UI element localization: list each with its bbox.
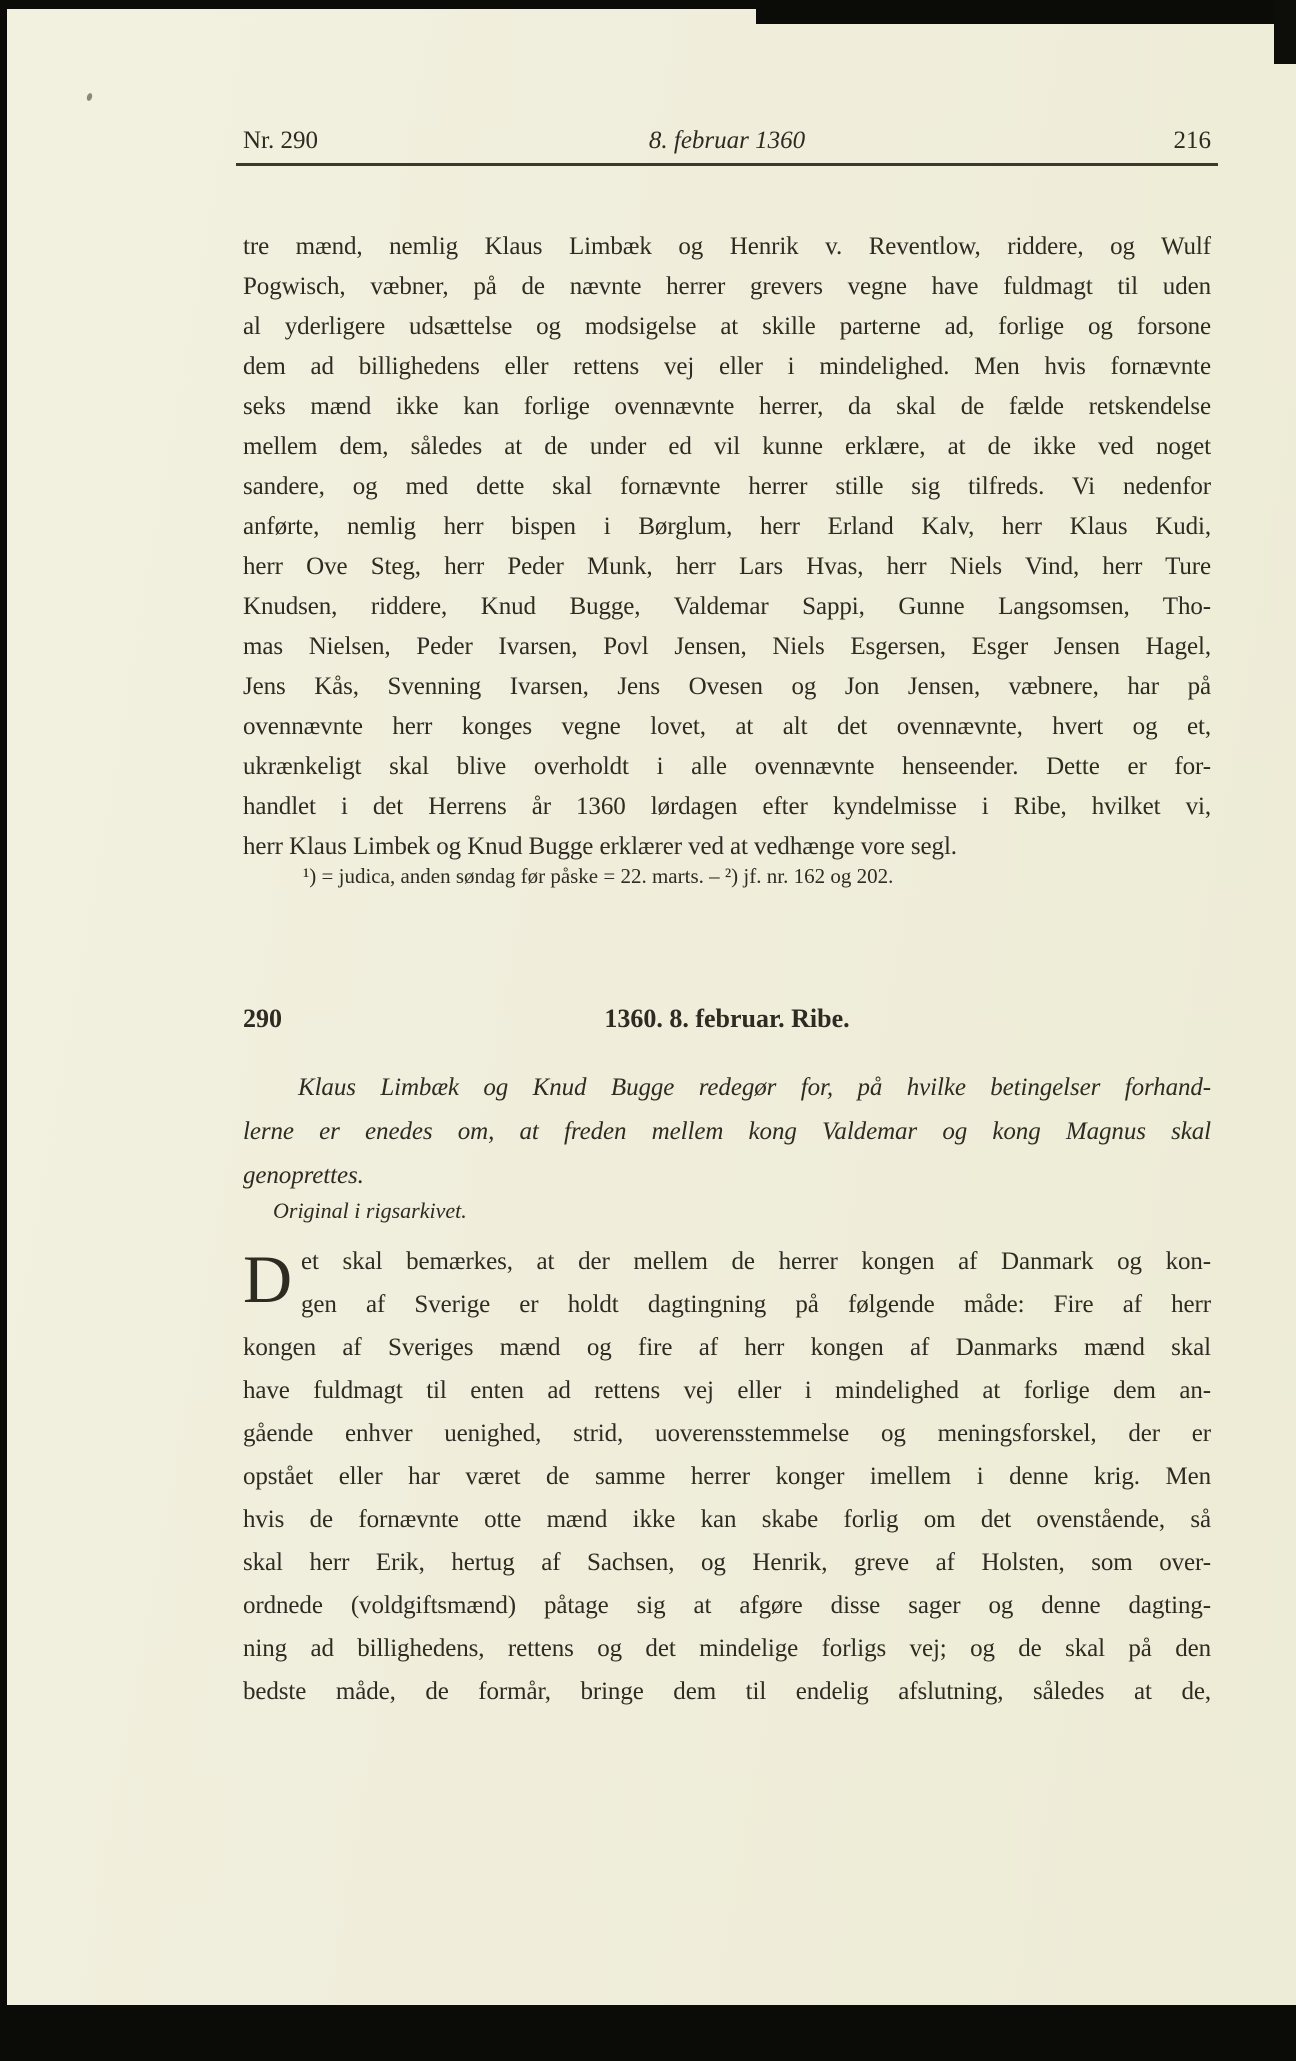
entry-number: 290 [243, 1002, 282, 1036]
text-line: mas Nielsen, Peder Ivarsen, Povl Jensen,… [243, 627, 1211, 667]
scan-border-bottom [0, 2005, 1296, 2061]
scan-border-corner [1274, 0, 1296, 64]
scan-border-top-right [756, 0, 1296, 24]
text-line: lerne er enedes om, at freden mellem kon… [243, 1110, 1211, 1154]
entry-summary: Klaus Limbæk og Knud Bugge redegør for, … [243, 1066, 1211, 1198]
text-line: genoprettes. [243, 1154, 1211, 1198]
header-running-date: 8. februar 1360 [649, 126, 805, 156]
text-line: herr Ove Steg, herr Peder Munk, herr Lar… [243, 547, 1211, 587]
scanned-book-page: Nr. 290 8. februar 1360 216 tre mænd, ne… [0, 0, 1296, 2061]
text-line: seks mænd ikke kan forlige ovennævnte he… [243, 387, 1211, 427]
source-note: Original i rigsarkivet. [243, 1196, 1211, 1226]
text-line: handlet i det Herrens år 1360 lørdagen e… [243, 787, 1211, 827]
text-line: ukrænkeligt skal blive overholdt i alle … [243, 747, 1211, 787]
text-line: Pogwisch, væbner, på de nævnte herrer gr… [243, 267, 1211, 307]
text-line: kongen af Sveriges mænd og fire af herr … [243, 1326, 1211, 1369]
entry-continuation-paragraph: tre mænd, nemlig Klaus Limbæk og Henrik … [243, 227, 1211, 867]
text-line: have fuldmagt til enten ad rettens vej e… [243, 1369, 1211, 1412]
scan-border-left [0, 0, 7, 2061]
text-line: ovennævnte herr konges vegne lovet, at a… [243, 707, 1211, 747]
entry-heading: 290 1360. 8. februar. Ribe. [243, 1002, 1211, 1036]
entry-date-heading: 1360. 8. februar. Ribe. [604, 1002, 849, 1036]
text-line: gående enhver uenighed, strid, uoverenss… [243, 1412, 1211, 1455]
text-line: tre mænd, nemlig Klaus Limbæk og Henrik … [243, 227, 1211, 267]
text-line: ning ad billighedens, rettens og det min… [243, 1627, 1211, 1670]
text-line: et skal bemærkes, at der mellem de herre… [301, 1240, 1211, 1283]
text-line: ordnede (voldgiftsmænd) påtage sig at af… [243, 1584, 1211, 1627]
entry-body-paragraph: D et skal bemærkes, at der mellem de her… [243, 1240, 1211, 1713]
footnote: ¹) = judica, anden søndag før påske = 22… [243, 862, 1211, 890]
text-line: sandere, og med dette skal fornævnte her… [243, 467, 1211, 507]
header-rule [236, 163, 1218, 166]
text-line: opstået eller har været de samme herrer … [243, 1455, 1211, 1498]
text-line: al yderligere udsættelse og modsigelse a… [243, 307, 1211, 347]
text-line: dem ad billighedens eller rettens vej el… [243, 347, 1211, 387]
text-line: gen af Sverige er holdt dagtingning på f… [301, 1283, 1211, 1326]
text-line: skal herr Erik, hertug af Sachsen, og He… [243, 1541, 1211, 1584]
dropcap-initial: D [243, 1240, 301, 1326]
text-line: mellem dem, således at de under ed vil k… [243, 427, 1211, 467]
entry-body-lines: et skal bemærkes, at der mellem de herre… [243, 1240, 1211, 1713]
header-page-number: 216 [1174, 126, 1212, 156]
text-line: herr Klaus Limbek og Knud Bugge erklærer… [243, 827, 1211, 867]
text-line: Knudsen, riddere, Knud Bugge, Valdemar S… [243, 587, 1211, 627]
text-line: hvis de fornævnte otte mænd ikke kan ska… [243, 1498, 1211, 1541]
text-line: bedste måde, de formår, bringe dem til e… [243, 1670, 1211, 1713]
text-line: Jens Kås, Svenning Ivarsen, Jens Ovesen … [243, 667, 1211, 707]
header-entry-number: Nr. 290 [243, 126, 318, 156]
text-line: anførte, nemlig herr bispen i Børglum, h… [243, 507, 1211, 547]
scan-speck [86, 92, 93, 101]
text-line: Klaus Limbæk og Knud Bugge redegør for, … [243, 1066, 1211, 1110]
